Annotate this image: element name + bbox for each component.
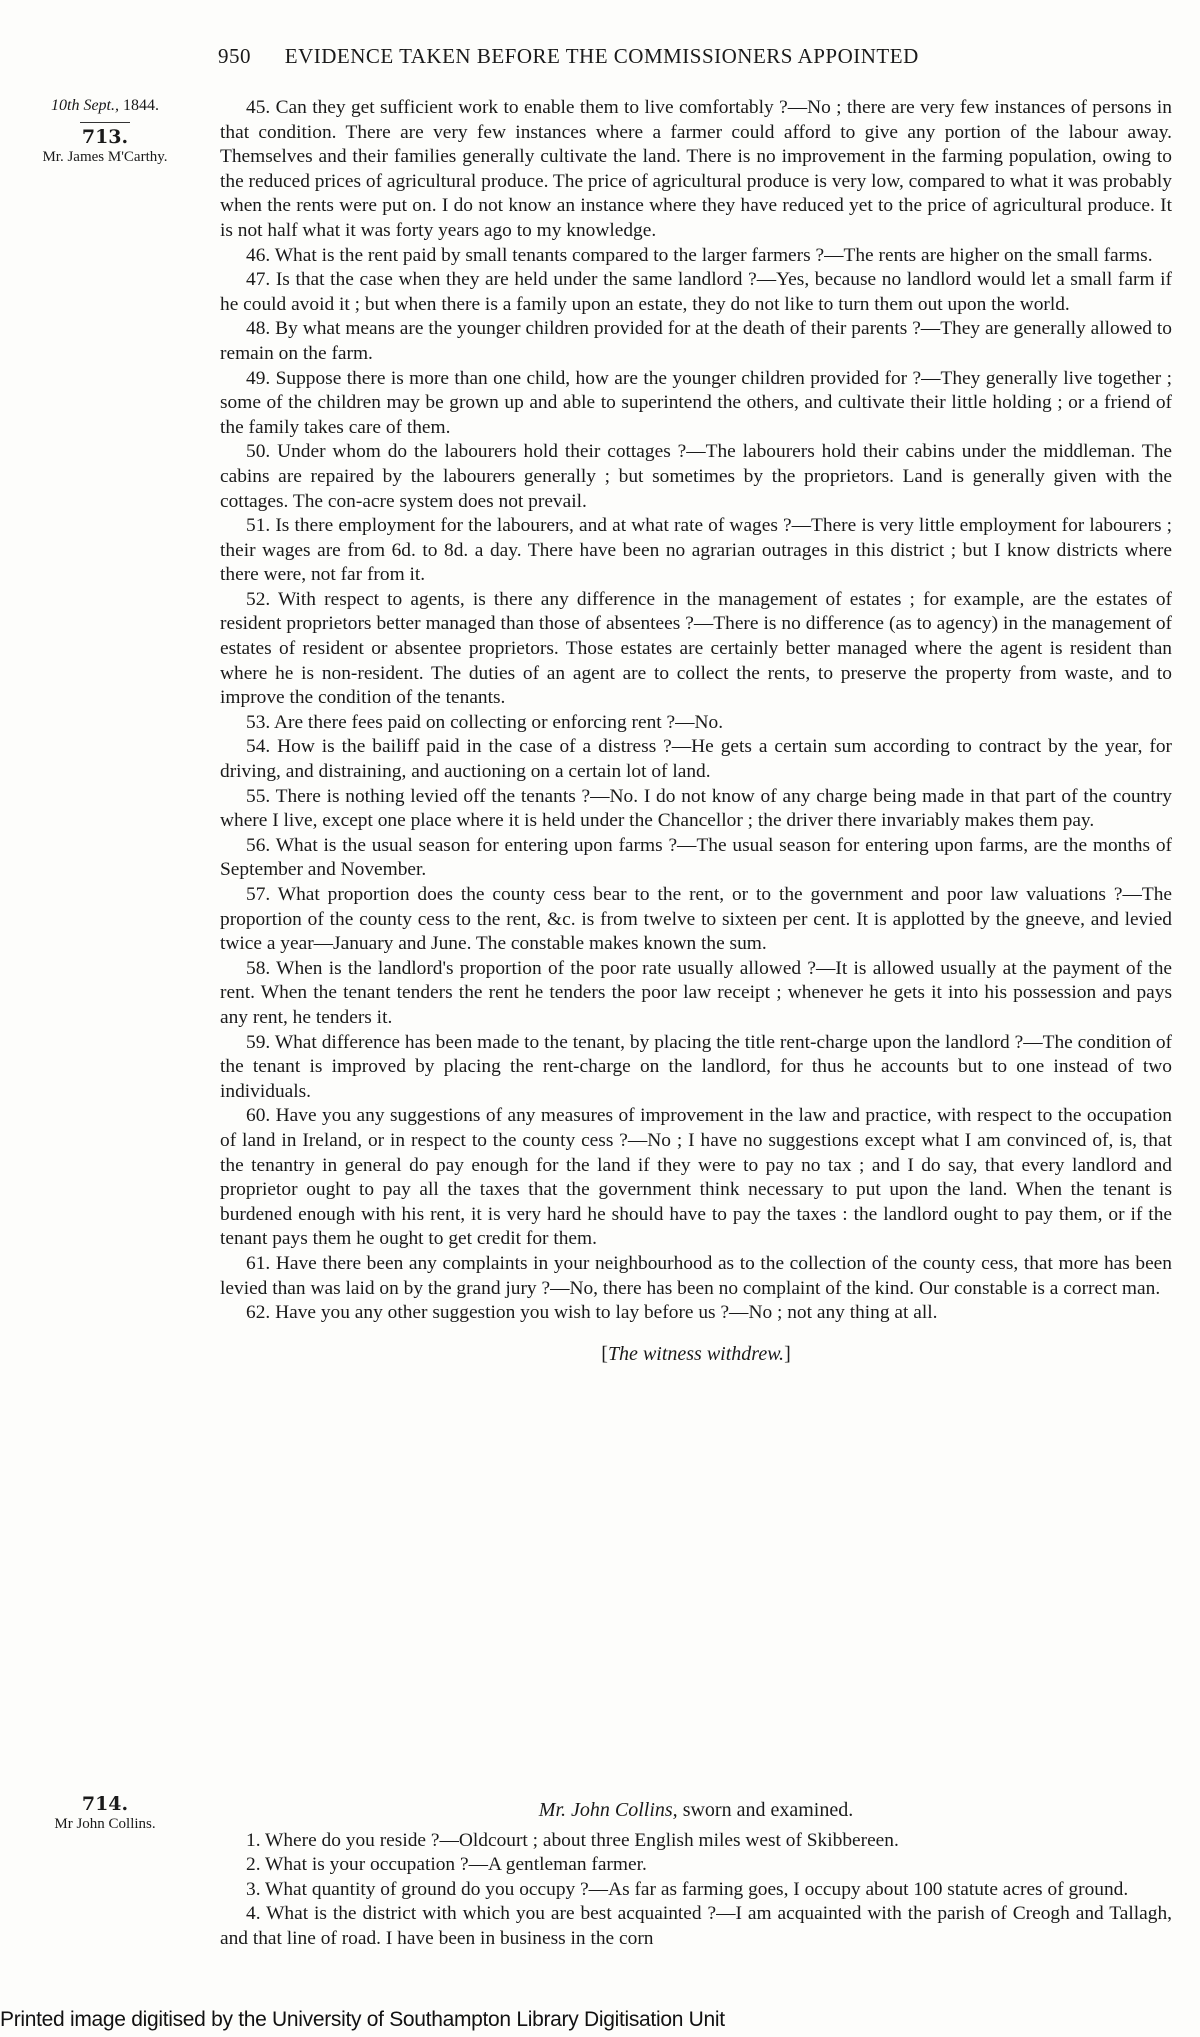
date-year: 1844.: [123, 97, 159, 114]
question-paragraph: 50. Under whom do the labourers hold the…: [220, 440, 1172, 514]
question-paragraph: 3. What quantity of ground do you occupy…: [220, 1878, 1172, 1903]
margin-note-713: 10th Sept., 1844. 713. Mr. James M'Carth…: [0, 96, 210, 167]
question-paragraph: 60. Have you any suggestions of any meas…: [220, 1104, 1172, 1252]
page-number: 950: [218, 44, 251, 68]
evidence-body-713: 45. Can they get sufficient work to enab…: [220, 96, 1172, 1376]
question-paragraph: 49. Suppose there is more than one child…: [220, 367, 1172, 441]
question-paragraph: 46. What is the rent paid by small tenan…: [220, 244, 1172, 269]
question-paragraph: 55. There is nothing levied off the tena…: [220, 785, 1172, 834]
question-paragraph: 52. With respect to agents, is there any…: [220, 588, 1172, 711]
witness-withdrew-note: [The witness withdrew.]: [220, 1342, 1172, 1367]
sworn-text: sworn and examined.: [683, 1799, 854, 1821]
question-paragraph: 58. When is the landlord's proportion of…: [220, 957, 1172, 1031]
date-month: Sept.,: [83, 97, 119, 114]
question-paragraph: 51. Is there employment for the labourer…: [220, 514, 1172, 588]
question-paragraph: 47. Is that the case when they are held …: [220, 268, 1172, 317]
question-paragraph: 1. Where do you reside ?—Oldcourt ; abou…: [220, 1829, 1172, 1854]
question-paragraph: 48. By what means are the younger childr…: [220, 317, 1172, 366]
question-paragraph: 4. What is the district with which you a…: [220, 1902, 1172, 1951]
sworn-witness-name: Mr. John Collins,: [539, 1799, 678, 1821]
question-paragraph: 45. Can they get sufficient work to enab…: [220, 96, 1172, 244]
digitisation-footer: Printed image digitised by the Universit…: [0, 2008, 725, 2032]
sworn-heading: Mr. John Collins, sworn and examined.: [220, 1798, 1172, 1823]
question-paragraph: 56. What is the usual season for enterin…: [220, 834, 1172, 883]
question-paragraph: 59. What difference has been made to the…: [220, 1031, 1172, 1105]
witness-name: Mr. James M'Carthy.: [0, 147, 210, 167]
question-list-714: 1. Where do you reside ?—Oldcourt ; abou…: [220, 1829, 1172, 1952]
witness-name: Mr John Collins.: [0, 1814, 210, 1834]
evidence-body-714: Mr. John Collins, sworn and examined. 1.…: [220, 1798, 1172, 1952]
question-paragraph: 57. What proportion does the county cess…: [220, 883, 1172, 957]
running-header: 950 EVIDENCE TAKEN BEFORE THE COMMISSION…: [218, 44, 1118, 69]
running-title: EVIDENCE TAKEN BEFORE THE COMMISSIONERS …: [285, 44, 919, 68]
question-paragraph: 61. Have there been any complaints in yo…: [220, 1252, 1172, 1301]
margin-rule: [80, 122, 130, 123]
withdrew-text: The witness withdrew.: [608, 1343, 784, 1365]
witness-number: 713.: [0, 127, 210, 147]
date-day: 10th: [51, 97, 79, 114]
session-date: 10th Sept., 1844.: [0, 96, 210, 116]
question-paragraph: 54. How is the bailiff paid in the case …: [220, 735, 1172, 784]
question-paragraph: 53. Are there fees paid on collecting or…: [220, 711, 1172, 736]
question-paragraph: 62. Have you any other suggestion you wi…: [220, 1301, 1172, 1326]
witness-number: 714.: [0, 1794, 210, 1814]
question-list-713: 45. Can they get sufficient work to enab…: [220, 96, 1172, 1326]
question-paragraph: 2. What is your occupation ?—A gentleman…: [220, 1853, 1172, 1878]
margin-note-714: 714. Mr John Collins.: [0, 1794, 210, 1834]
